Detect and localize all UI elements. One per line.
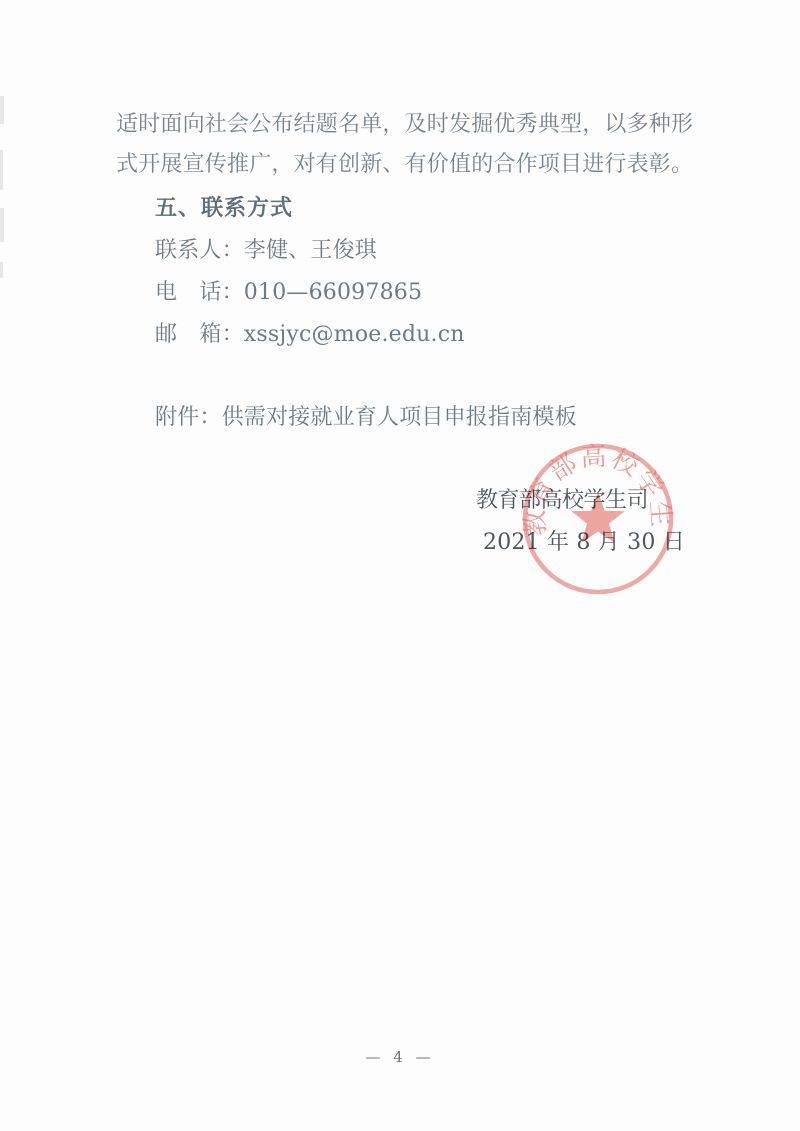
scan-artifact — [0, 208, 4, 242]
official-seal-graphic: 教育部高校学生司 — [505, 426, 691, 612]
scan-artifact — [405, 114, 407, 116]
page-number: — 4 — — [0, 1048, 800, 1066]
contact-email-line: 邮 箱：xssjyc@moe.edu.cn — [155, 320, 465, 350]
scan-artifact — [0, 96, 4, 124]
paragraph-line-2: 式开展宣传推广，对有创新、有价值的合作项目进行表彰。 — [116, 150, 693, 180]
seal-ring-text-holder: 教育部高校学生司 — [505, 426, 676, 537]
signature-department: 教育部高校学生司 — [476, 486, 648, 516]
attachment-line: 附件：供需对接就业育人项目申报指南模板 — [155, 403, 577, 433]
signature-date: 2021 年 8 月 30 日 — [483, 528, 685, 558]
seal-ring-text: 教育部高校学生司 — [505, 426, 676, 537]
seal-ring — [525, 446, 671, 592]
scan-artifact — [0, 150, 3, 190]
contact-person-line: 联系人：李健、王俊琪 — [155, 236, 377, 266]
section-heading-contact-info: 五、联系方式 — [155, 194, 293, 224]
document-page: 适时面向社会公布结题名单，及时发掘优秀典型，以多种形 式开展宣传推广，对有创新、… — [0, 0, 800, 1131]
scan-artifact — [0, 262, 3, 278]
contact-phone-line: 电 话：010—66097865 — [155, 278, 422, 308]
official-seal: 教育部高校学生司 — [505, 426, 691, 612]
